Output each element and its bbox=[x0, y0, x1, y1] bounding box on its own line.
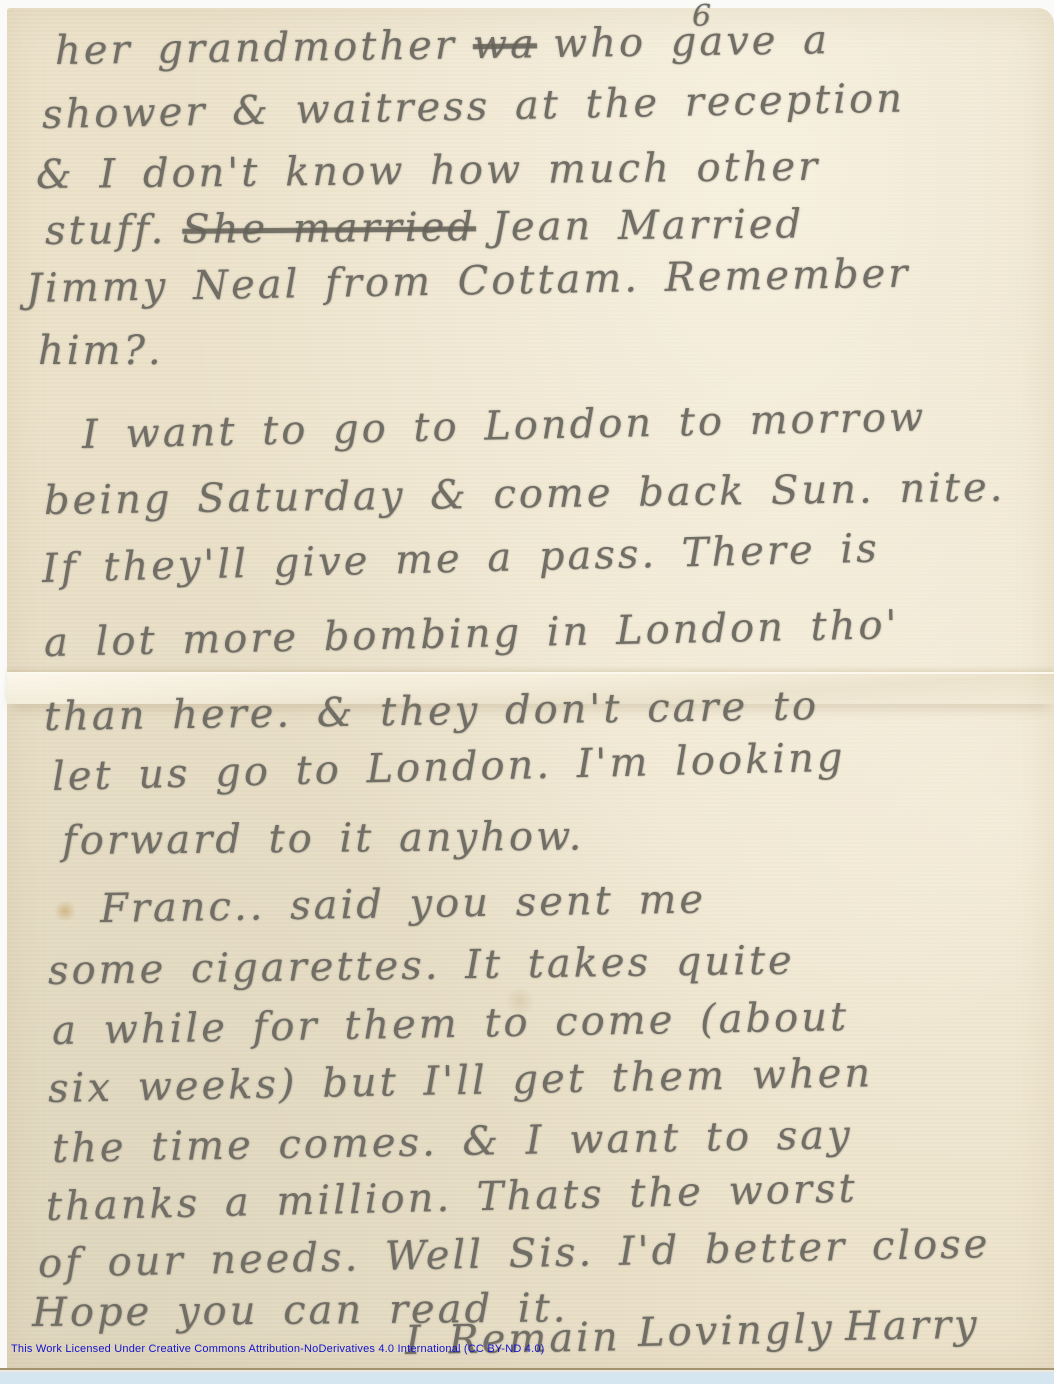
letter-line-13: forward to it anyhow. bbox=[62, 813, 585, 864]
signature: Harry bbox=[845, 1302, 980, 1350]
strikethrough-text-2: She married bbox=[182, 204, 476, 253]
letter-line-14: Franc.. said you sent me bbox=[100, 876, 707, 932]
bottom-scan-band bbox=[0, 1368, 1054, 1384]
scanned-letter-page: 6 her grandmotherwawho gave a shower & w… bbox=[0, 0, 1054, 1384]
strikethrough-text-1: wa bbox=[472, 21, 537, 68]
closing-remain: I Remain bbox=[405, 1314, 621, 1364]
paper-stain-1 bbox=[53, 901, 77, 921]
letter-line-3: & I don't know how much other bbox=[36, 144, 821, 198]
line-4-text: stuff. bbox=[45, 207, 167, 254]
closing-valediction: Lovingly bbox=[638, 1306, 836, 1356]
license-text: This Work Licensed Under Creative Common… bbox=[11, 1343, 545, 1355]
letter-line-6: him?. bbox=[38, 328, 164, 374]
letter-line-4: stuff.She marriedJean Married bbox=[45, 201, 804, 254]
line-1-text: her grandmother bbox=[55, 22, 457, 74]
line-1-text-cont: who gave a bbox=[553, 17, 831, 67]
line-4-text-cont: Jean Married bbox=[492, 201, 805, 250]
